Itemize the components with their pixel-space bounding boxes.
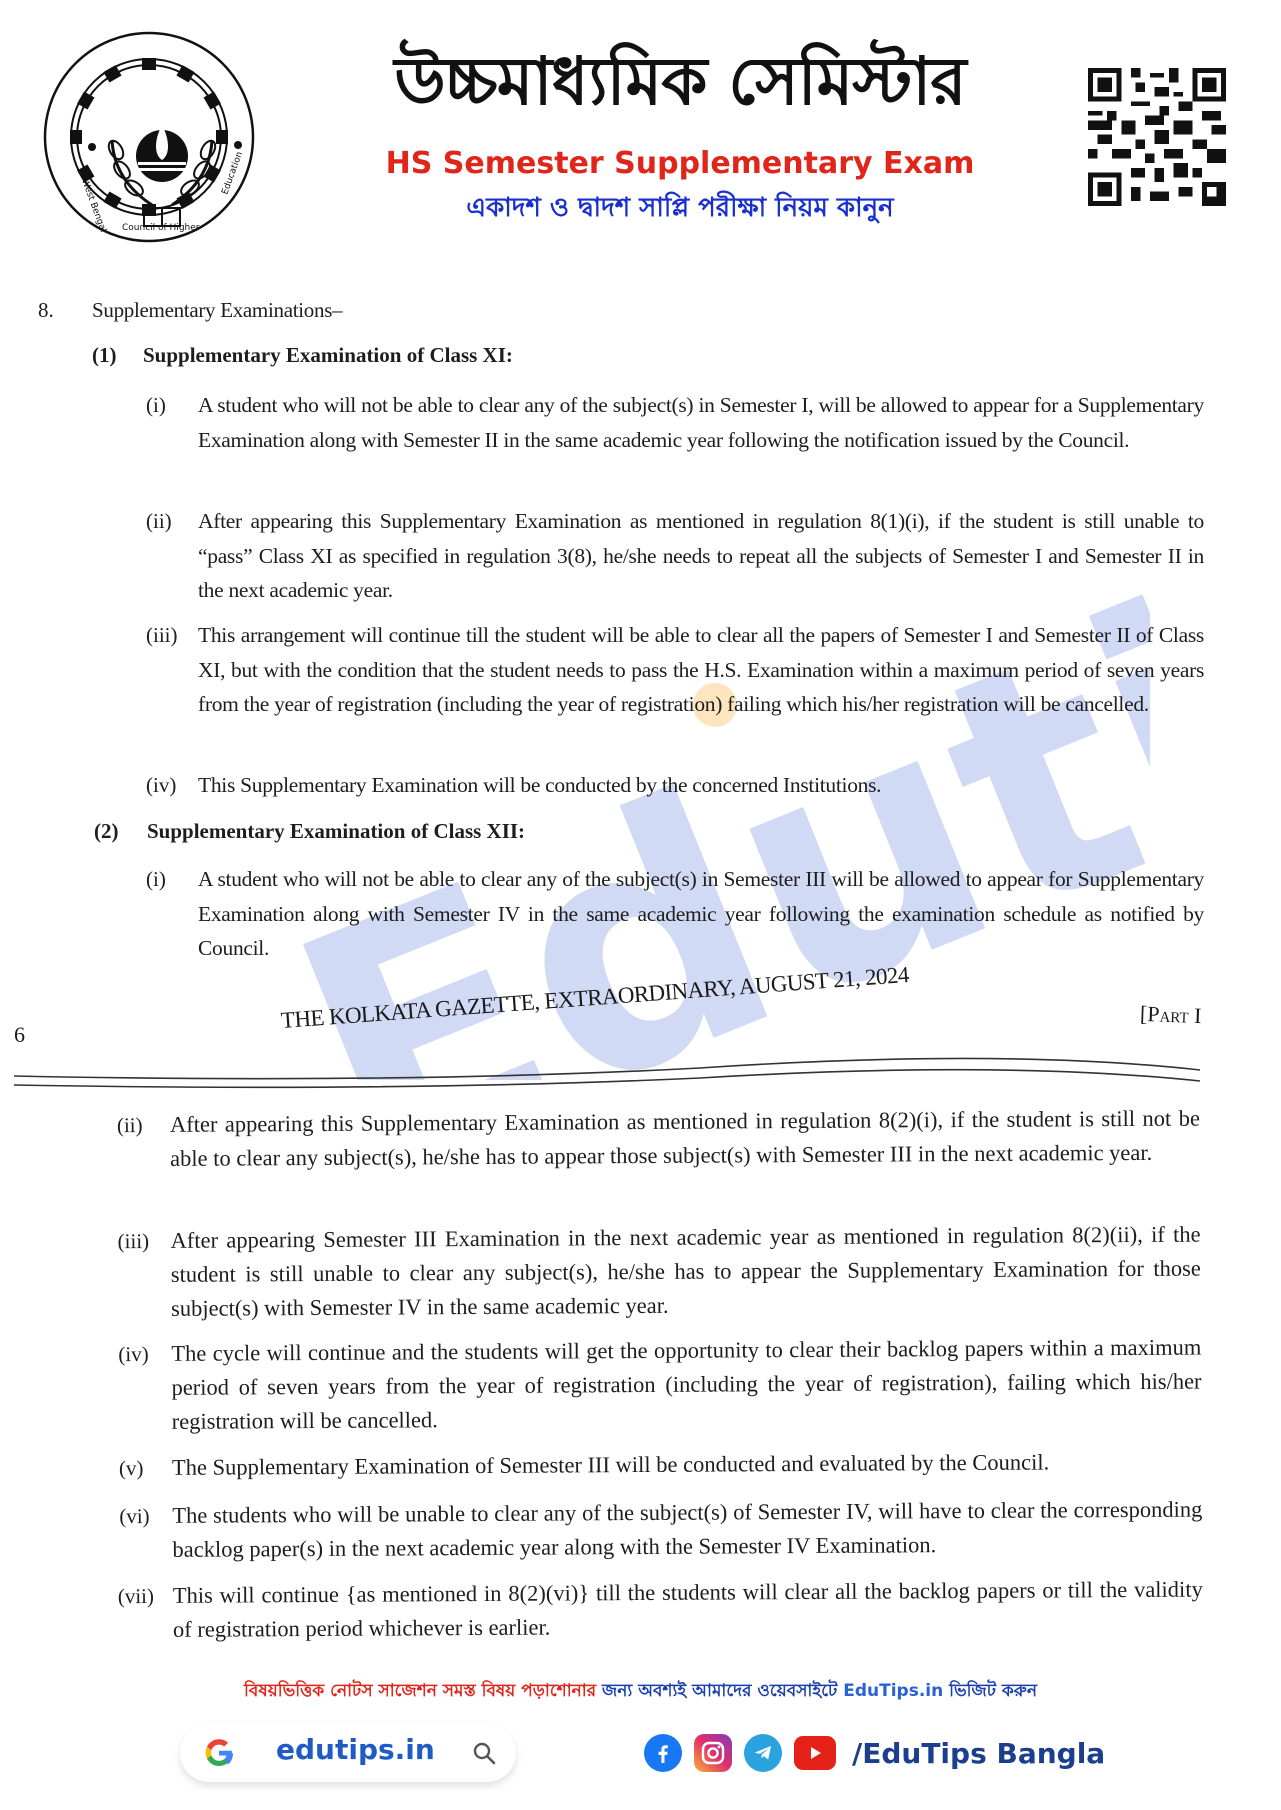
item-label: (iii) (118, 1224, 150, 1258)
item-label: (v) (119, 1451, 144, 1485)
list-item: After appearing Semester III Examination… (171, 1218, 1202, 1326)
list-item: This will continue {as mentioned in 8(2)… (173, 1573, 1203, 1647)
instagram-icon[interactable] (694, 1734, 732, 1772)
search-bar[interactable]: edutips.in (180, 1724, 516, 1782)
social-links: /EduTips Bangla (644, 1728, 1105, 1778)
list-item: The cycle will continue and the students… (171, 1331, 1202, 1439)
document-continuation: (ii) After appearing this Supplementary … (0, 0, 1281, 1810)
footer-promo-text: বিষয়ভিত্তিক নোটস সাজেশন সমস্ত বিষয় পড়… (0, 1678, 1281, 1706)
google-icon (202, 1736, 236, 1770)
list-item: After appearing this Supplementary Exami… (170, 1102, 1200, 1176)
social-handle[interactable]: /EduTips Bangla (852, 1737, 1105, 1770)
facebook-icon[interactable] (644, 1734, 682, 1772)
list-item: The students who will be unable to clear… (172, 1493, 1202, 1567)
telegram-icon[interactable] (744, 1734, 782, 1772)
search-input[interactable]: edutips.in (276, 1733, 435, 1766)
search-icon[interactable] (472, 1741, 496, 1765)
item-label: (ii) (117, 1108, 143, 1142)
youtube-icon[interactable] (794, 1736, 836, 1770)
list-item: The Supplementary Examination of Semeste… (172, 1445, 1202, 1485)
edutips-link[interactable]: EduTips.in (843, 1681, 943, 1701)
item-label: (vi) (119, 1499, 150, 1533)
item-label: (iv) (118, 1337, 149, 1371)
item-label: (vii) (118, 1579, 154, 1613)
